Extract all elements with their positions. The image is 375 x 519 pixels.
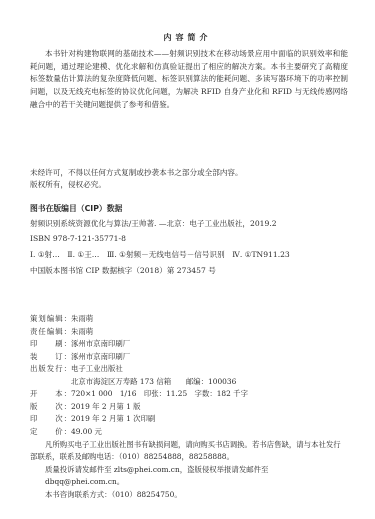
credit-label: 印 次： [30, 414, 71, 424]
credit-label: 开 本： [30, 389, 71, 399]
intro-title: 内容简介 [0, 32, 375, 43]
intro-paragraph: 本书针对构建物联网的基础技术——射频识别技术在移动场景应用中面临的识别效率和能耗… [30, 48, 348, 112]
copyright-line-2: 版权所有，侵权必究。 [30, 180, 106, 190]
cip-classification: Ⅰ. ①射… Ⅱ. ①王… Ⅲ. ①射频－无线电信号－信号识别 Ⅳ. ①TN91… [30, 250, 290, 260]
cip-heading: 图书在版编目（CIP）数据 [30, 204, 122, 214]
credit-value: 朱雨萌 [71, 327, 93, 337]
credit-value: 720×1 000 1/16 印张：11.25 字数：182 千字 [71, 389, 248, 399]
credit-label: 定 价： [30, 427, 71, 437]
credit-value: 2019 年 2 月第 1 次印刷 [71, 414, 155, 424]
credit-planning-editor: 策划编辑：朱雨萌 [30, 314, 93, 324]
cip-record: 中国版本图书馆 CIP 数据核字（2018）第 273457 号 [30, 266, 216, 276]
credit-edition: 版 次：2019 年 2 月第 1 版 [30, 402, 141, 412]
credit-label: 责任编辑： [30, 327, 71, 337]
cip-entry: 射频识别系统资源优化与算法/王帅著. —北京：电子工业出版社，2019.2 [30, 219, 277, 229]
credit-value: 电子工业出版社 [71, 364, 123, 374]
credit-publisher-address: 北京市海淀区万寿路 173 信箱 邮编：100036 [30, 377, 236, 387]
credit-format: 开 本：720×1 000 1/16 印张：11.25 字数：182 千字 [30, 389, 248, 399]
cip-isbn: ISBN 978-7-121-35771-8 [30, 234, 126, 244]
credit-value: 北京市海淀区万寿路 173 信箱 邮编：100036 [71, 377, 236, 387]
credit-label: 出版发行： [30, 364, 71, 374]
notice-complaint-email: 质量投诉请发邮件至 zlts@phei.com.cn，盗版侵权举报请发邮件至 d… [30, 464, 348, 489]
notice-defect-exchange: 凡所购买电子工业出版社图书有缺损问题，请向购买书店调换。若书店售缺，请与本社发行… [30, 439, 348, 464]
notice-contact-phone: 本书咨询联系方式：（010）88254750。 [30, 489, 348, 501]
credit-value: 2019 年 2 月第 1 版 [71, 402, 141, 412]
credit-value: 涿州市京南印刷厂 [71, 339, 130, 349]
credit-value: 朱雨萌 [71, 314, 93, 324]
credit-responsible-editor: 责任编辑：朱雨萌 [30, 327, 93, 337]
credit-value: 涿州市京南印刷厂 [71, 352, 130, 362]
credit-label: 版 次： [30, 402, 71, 412]
credit-impression: 印 次：2019 年 2 月第 1 次印刷 [30, 414, 155, 424]
credit-price: 定 价：49.00 元 [30, 427, 102, 437]
credit-label: 印 刷： [30, 339, 71, 349]
copyright-line-1: 未经许可，不得以任何方式复制或抄袭本书之部分或全部内容。 [30, 168, 243, 178]
credit-label: 策划编辑： [30, 314, 71, 324]
credit-value: 49.00 元 [71, 427, 102, 437]
credit-printing: 印 刷：涿州市京南印刷厂 [30, 339, 130, 349]
credit-binding: 装 订：涿州市京南印刷厂 [30, 352, 130, 362]
notice-block: 凡所购买电子工业出版社图书有缺损问题，请向购买书店调换。若书店售缺，请与本社发行… [30, 439, 348, 501]
credit-label: 装 订： [30, 352, 71, 362]
credit-publisher: 出版发行：电子工业出版社 [30, 364, 123, 374]
